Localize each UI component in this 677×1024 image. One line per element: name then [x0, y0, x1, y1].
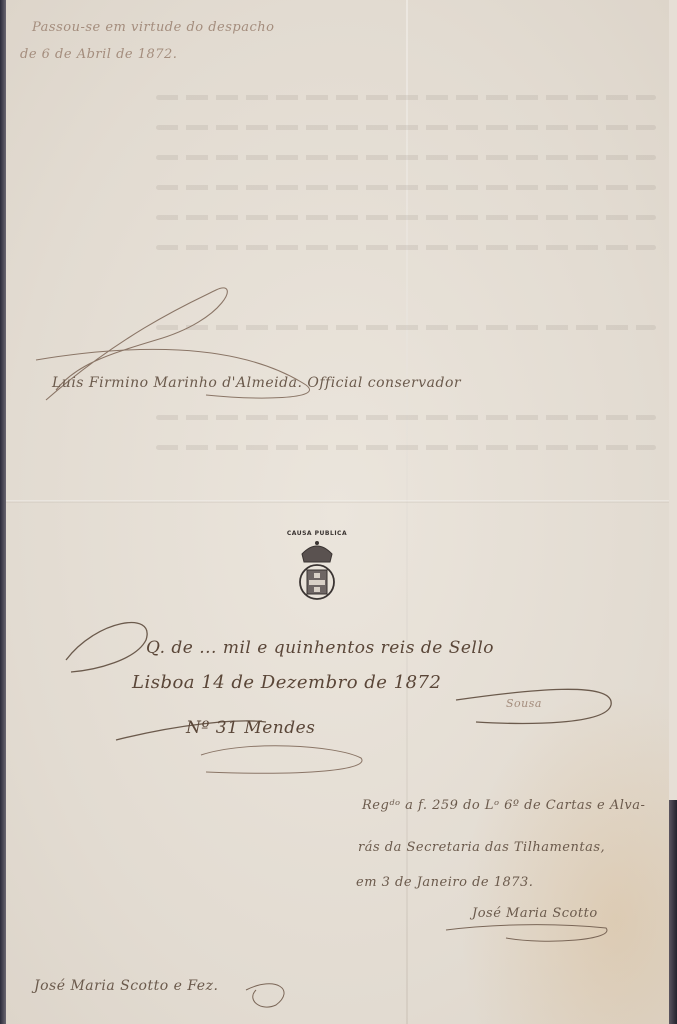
bleed-through-line: [156, 245, 656, 250]
bleed-through-line: [156, 325, 656, 330]
footer-signature: José Maria Scotto e Fez.: [34, 978, 218, 994]
vertical-fold-line: [406, 0, 408, 1024]
pen-flourishes: [6, 0, 669, 1024]
bleed-through-line: [156, 215, 656, 220]
registration-line-1: Regᵈᵒ a f. 259 do Lᵒ 6º de Cartas e Alva…: [362, 798, 645, 813]
decree-number: Nº 31 Mendes: [186, 718, 315, 738]
bleed-through-line: [156, 445, 656, 450]
registration-line-2: rás da Secretaria das Tilhamentas,: [358, 840, 605, 855]
seal-legend: CAUSA PUBLICA: [284, 530, 350, 537]
marginal-note-line-1: Passou-se em virtude do despacho: [32, 20, 274, 35]
manuscript-page: Passou-se em virtude do despacho de 6 de…: [6, 0, 669, 1024]
bleed-through-line: [156, 155, 656, 160]
bleed-through-line: [156, 95, 656, 100]
decree-place-date: Lisboa 14 de Dezembro de 1872: [132, 672, 441, 693]
bleed-through-line: [156, 415, 656, 420]
registration-signature: José Maria Scotto: [472, 906, 598, 921]
bleed-through-line: [156, 125, 656, 130]
decree-line-1: Q. de ... mil e quinhentos reis de Sello: [146, 638, 494, 658]
causa-publica-seal: CAUSA PUBLICA: [284, 530, 350, 606]
addressee-line: Luis Firmino Marinho d'Almeida. Official…: [52, 375, 461, 391]
registration-line-3: em 3 de Janeiro de 1873.: [356, 875, 533, 890]
decree-note: Sousa: [506, 697, 542, 710]
scan-frame-right-edge: [669, 800, 677, 1024]
marginal-note-line-2: de 6 de Abril de 1872.: [20, 47, 177, 62]
crown-and-shield-icon: [284, 530, 350, 606]
horizontal-fold-line: [6, 500, 669, 503]
bleed-through-line: [156, 185, 656, 190]
